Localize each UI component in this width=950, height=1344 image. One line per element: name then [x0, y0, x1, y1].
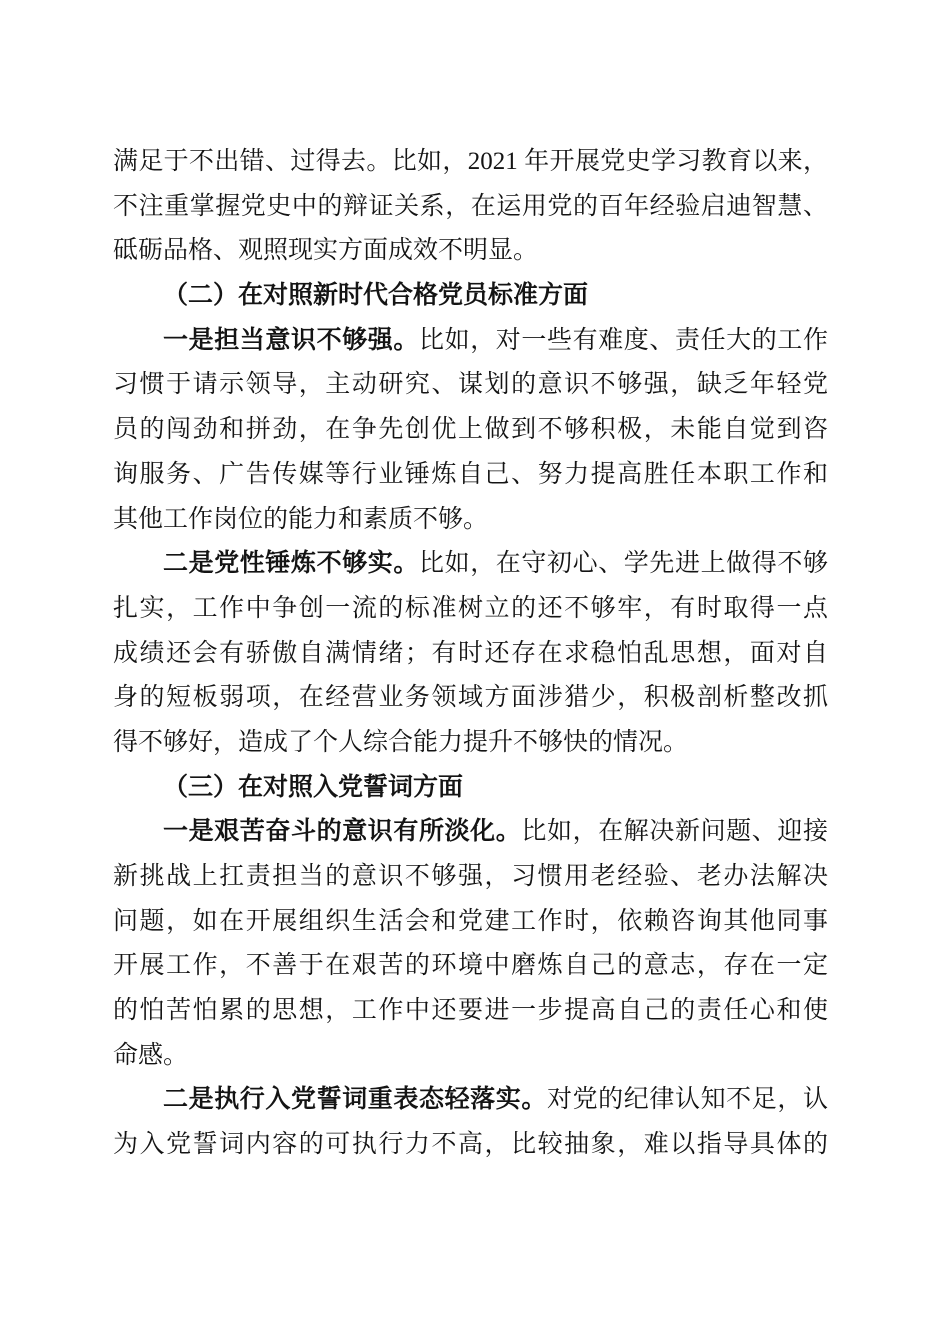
heading-line: （二）在对照新时代合格党员标准方面 — [113, 274, 828, 319]
text-segment: 开展工作，不善于在艰苦的环境中磨炼自己的意志，存在一定 — [113, 952, 828, 979]
document-content: 满足于不出错、过得去。比如，2021 年开展党史学习教育以来，不注重掌握党史中的… — [113, 140, 828, 1168]
emphasis-text-segment: （三）在对照入党誓词方面 — [163, 774, 463, 801]
text-line: 的怕苦怕累的思想，工作中还要进一步提高自己的责任心和使 — [113, 989, 828, 1034]
text-line: 员的闯劲和拼劲，在争先创优上做到不够积极，未能自觉到咨 — [113, 408, 828, 453]
text-line: 一是艰苦奋斗的意识有所淡化。比如，在解决新问题、迎接 — [113, 810, 828, 855]
text-line: 问题，如在开展组织生活会和党建工作时，依赖咨询其他同事 — [113, 900, 828, 945]
text-segment: 命感。 — [113, 1042, 188, 1069]
text-segment: 问题，如在开展组织生活会和党建工作时，依赖咨询其他同事 — [113, 908, 828, 935]
text-line: 扎实，工作中争创一流的标准树立的还不够牢，有时取得一点 — [113, 587, 828, 632]
text-segment: 对党的纪律认知不足，认 — [547, 1086, 828, 1113]
text-segment: 为入党誓词内容的可执行力不高，比较抽象，难以指导具体的 — [113, 1131, 828, 1158]
emphasis-text-segment: 二是执行入党誓词重表态轻落实。 — [163, 1086, 547, 1113]
text-segment: 比如，对一些有难度、责任大的工作 — [419, 327, 828, 354]
text-segment: 得不够好，造成了个人综合能力提升不够快的情况。 — [113, 729, 688, 756]
text-segment: 新挑战上扛责担当的意识不够强，习惯用老经验、老办法解决 — [113, 863, 828, 890]
text-segment: 成绩还会有骄傲自满情绪；有时还存在求稳怕乱思想，面对自 — [113, 640, 828, 667]
text-segment: 比如，在解决新问题、迎接 — [521, 818, 828, 845]
text-line: 二是党性锤炼不够实。比如，在守初心、学先进上做得不够 — [113, 542, 828, 587]
text-line: 成绩还会有骄傲自满情绪；有时还存在求稳怕乱思想，面对自 — [113, 632, 828, 677]
text-line: 二是执行入党誓词重表态轻落实。对党的纪律认知不足，认 — [113, 1078, 828, 1123]
text-segment: 询服务、广告传媒等行业锤炼自己、努力提高胜任本职工作和 — [113, 461, 828, 488]
text-line: 砥砺品格、观照现实方面成效不明显。 — [113, 229, 828, 274]
text-segment: 不注重掌握党史中的辩证关系，在运用党的百年经验启迪智慧、 — [113, 193, 828, 220]
text-line: 开展工作，不善于在艰苦的环境中磨炼自己的意志，存在一定 — [113, 944, 828, 989]
text-segment: 比如，在守初心、学先进上做得不够 — [419, 550, 828, 577]
text-line: 为入党誓词内容的可执行力不高，比较抽象，难以指导具体的 — [113, 1123, 828, 1168]
emphasis-text-segment: 一是艰苦奋斗的意识有所淡化。 — [163, 818, 521, 845]
text-line: 身的短板弱项，在经营业务领域方面涉猎少，积极剖析整改抓 — [113, 676, 828, 721]
emphasis-text-segment: 二是党性锤炼不够实。 — [163, 550, 419, 577]
text-line: 一是担当意识不够强。比如，对一些有难度、责任大的工作 — [113, 319, 828, 364]
heading-line: （三）在对照入党誓词方面 — [113, 766, 828, 811]
document-page: 满足于不出错、过得去。比如，2021 年开展党史学习教育以来，不注重掌握党史中的… — [0, 0, 950, 1344]
text-line: 新挑战上扛责担当的意识不够强，习惯用老经验、老办法解决 — [113, 855, 828, 900]
emphasis-text-segment: 一是担当意识不够强。 — [163, 327, 419, 354]
text-line: 得不够好，造成了个人综合能力提升不够快的情况。 — [113, 721, 828, 766]
text-segment: 扎实，工作中争创一流的标准树立的还不够牢，有时取得一点 — [113, 595, 828, 622]
text-line: 其他工作岗位的能力和素质不够。 — [113, 498, 828, 543]
text-line: 不注重掌握党史中的辩证关系，在运用党的百年经验启迪智慧、 — [113, 185, 828, 230]
text-segment: 员的闯劲和拼劲，在争先创优上做到不够积极，未能自觉到咨 — [113, 416, 828, 443]
text-segment: 的怕苦怕累的思想，工作中还要进一步提高自己的责任心和使 — [113, 997, 828, 1024]
text-segment: 砥砺品格、观照现实方面成效不明显。 — [113, 237, 538, 264]
text-segment: 其他工作岗位的能力和素质不够。 — [113, 506, 488, 533]
emphasis-text-segment: （二）在对照新时代合格党员标准方面 — [163, 282, 588, 309]
text-line: 满足于不出错、过得去。比如，2021 年开展党史学习教育以来， — [113, 140, 828, 185]
text-line: 习惯于请示领导，主动研究、谋划的意识不够强，缺乏年轻党 — [113, 363, 828, 408]
text-segment: 身的短板弱项，在经营业务领域方面涉猎少，积极剖析整改抓 — [113, 684, 828, 711]
text-segment: 满足于不出错、过得去。比如，2021 年开展党史学习教育以来， — [113, 148, 828, 175]
text-line: 命感。 — [113, 1034, 828, 1079]
text-line: 询服务、广告传媒等行业锤炼自己、努力提高胜任本职工作和 — [113, 453, 828, 498]
text-segment: 习惯于请示领导，主动研究、谋划的意识不够强，缺乏年轻党 — [113, 371, 828, 398]
